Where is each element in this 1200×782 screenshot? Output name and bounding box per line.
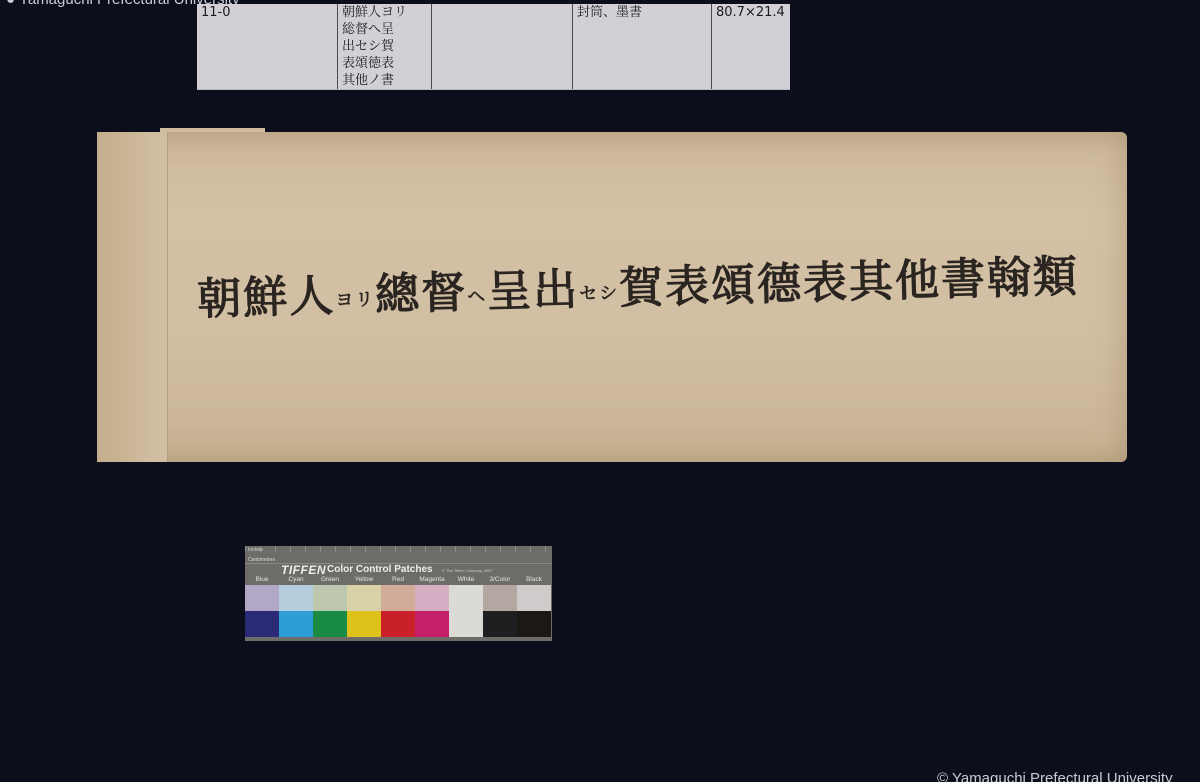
patch-blue xyxy=(245,611,279,637)
patch-label: Black xyxy=(517,576,551,583)
patch-magenta-light xyxy=(415,585,449,611)
patch-label: Magenta xyxy=(415,576,449,583)
patch-blue-light xyxy=(245,585,279,611)
patch-green-light xyxy=(313,585,347,611)
patch-white xyxy=(449,585,483,637)
chart-title: Color Control Patches xyxy=(327,564,433,575)
inscription-part: ヨリ xyxy=(335,289,376,311)
inscription-part: 朝鮮人 xyxy=(197,271,336,326)
patch-cyan xyxy=(279,611,313,637)
watermark-bottom: © Yamaguchi Prefectural University xyxy=(937,770,1173,782)
patch-label: Yellow xyxy=(347,576,381,583)
patch-black-light xyxy=(517,585,551,611)
inscription-part: 賀表頌德表其他書翰類 xyxy=(618,251,1079,314)
patch-black xyxy=(517,611,551,637)
tiffen-logo: TIFFEN xyxy=(281,563,326,577)
color-patches xyxy=(245,585,551,637)
patch-yellow-light xyxy=(347,585,381,611)
inscription-part: ヘ xyxy=(467,286,488,308)
inscription-part: 呈出 xyxy=(486,264,579,317)
catalog-title: 朝鮮人ヨリ 総督へ呈 出セシ賀 表頌徳表 其他ノ書 xyxy=(338,4,432,89)
patch-cyan-light xyxy=(279,585,313,611)
patch-labels: Blue Cyan Green Yellow Red Magenta White… xyxy=(245,576,552,583)
chart-copyright: © The Tiffen Company, 2007 xyxy=(442,568,493,573)
patch-label: Green xyxy=(313,576,347,583)
patch-red xyxy=(381,611,415,637)
patch-label: Cyan xyxy=(279,576,313,583)
ruler-inches-label: Inches xyxy=(248,547,263,553)
inscription-part: 總督 xyxy=(375,267,468,320)
catalog-size: 80.7×21.4 xyxy=(712,4,790,89)
patch-3color-light xyxy=(483,585,517,611)
patch-yellow xyxy=(347,611,381,637)
patch-label: 3/Color xyxy=(483,576,517,583)
ruler xyxy=(245,546,552,564)
catalog-label-card: 11-0 朝鮮人ヨリ 総督へ呈 出セシ賀 表頌徳表 其他ノ書 封筒、墨書 80.… xyxy=(197,4,790,89)
patch-3color xyxy=(483,611,517,637)
catalog-empty-cell xyxy=(432,4,573,89)
catalog-material: 封筒、墨書 xyxy=(573,4,712,89)
color-control-chart: Inches Centimetres TIFFEN Color Control … xyxy=(245,546,552,641)
patch-label: Blue xyxy=(245,576,279,583)
ruler-cm-label: Centimetres xyxy=(248,557,275,563)
patch-label: Red xyxy=(381,576,415,583)
patch-label: White xyxy=(449,576,483,583)
envelope-document: 朝鮮人ヨリ總督ヘ呈出セシ賀表頌德表其他書翰類 xyxy=(97,132,1127,462)
patch-red-light xyxy=(381,585,415,611)
envelope-inscription: 朝鮮人ヨリ總督ヘ呈出セシ賀表頌德表其他書翰類 xyxy=(196,241,1057,327)
patch-green xyxy=(313,611,347,637)
catalog-id: 11-0 xyxy=(197,4,338,89)
patch-magenta xyxy=(415,611,449,637)
inscription-part: セシ xyxy=(579,283,620,305)
